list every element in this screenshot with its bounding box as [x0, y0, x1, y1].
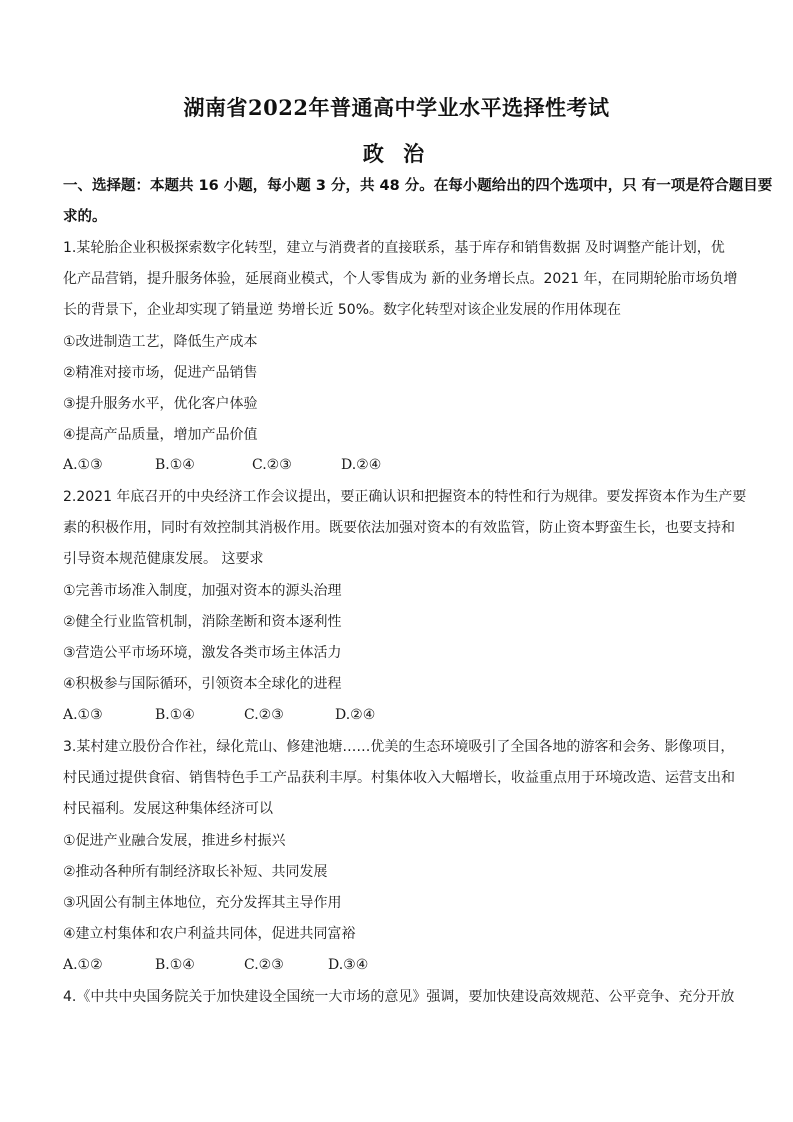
- statement-2: ②健全行业监管机制，消除垄断和资本逐利性: [63, 612, 342, 632]
- option-b: B.①④: [155, 955, 195, 975]
- option-c: C.②③: [252, 455, 292, 475]
- option-c: C.②③: [244, 705, 284, 725]
- statement-1: ①完善市场准入制度，加强对资本的源头治理: [63, 581, 342, 601]
- option-a: A.①③: [63, 455, 103, 475]
- statement-3: ③提升服务水平，优化客户体验: [63, 394, 258, 414]
- question-stem-line: 4.《中共中央国务院关于加快建设全国统一大市场的意见》强调，要加快建设高效规范、…: [63, 987, 734, 1007]
- option-d: D.②④: [335, 705, 375, 725]
- exam-page: 湖南省2022年普通高中学业水平选择性考试 政 治 一、选择题：本题共 16 小…: [0, 0, 793, 1122]
- question-stem-line: 引导资本规范健康发展。 这要求: [63, 549, 263, 569]
- statement-3: ③营造公平市场环境，激发各类市场主体活力: [63, 643, 342, 663]
- statement-1: ①改进制造工艺，降低生产成本: [63, 332, 258, 352]
- statement-2: ②推动各种所有制经济取长补短、共同发展: [63, 862, 328, 882]
- section-header-line-1: 一、选择题：本题共 16 小题，每小题 3 分，共 48 分。在每小题给出的四个…: [63, 176, 772, 196]
- question-stem-line: 1.某轮胎企业积极探索数字化转型，建立与消费者的直接联系，基于库存和销售数据 及…: [63, 238, 725, 258]
- option-b: B.①④: [155, 705, 195, 725]
- option-d: D.②④: [341, 455, 381, 475]
- statement-3: ③巩固公有制主体地位，充分发挥其主导作用: [63, 893, 342, 913]
- option-d: D.③④: [328, 955, 368, 975]
- statement-2: ②精准对接市场，促进产品销售: [63, 363, 258, 383]
- option-a: A.①②: [63, 955, 103, 975]
- question-stem-line: 3.某村建立股份合作社，绿化荒山、修建池塘……优美的生态环境吸引了全国各地的游客…: [63, 737, 734, 757]
- exam-title: 湖南省2022年普通高中学业水平选择性考试: [0, 92, 793, 122]
- question-stem-line: 素的积极作用，同时有效控制其消极作用。既要依法加强对资本的有效监管，防止资本野蛮…: [63, 518, 735, 538]
- option-b: B.①④: [155, 455, 195, 475]
- statement-1: ①促进产业融合发展，推进乡村振兴: [63, 831, 286, 851]
- section-header-line-2: 求的。: [63, 207, 107, 227]
- statement-4: ④提高产品质量，增加产品价值: [63, 425, 258, 445]
- option-a: A.①③: [63, 705, 103, 725]
- question-stem-line: 2.2021 年底召开的中央经济工作会议提出，要正确认识和把握资本的特性和行为规…: [63, 487, 746, 507]
- question-stem-line: 村民通过提供食宿、销售特色手工产品获利丰厚。村集体收入大幅增长，收益重点用于环境…: [63, 768, 735, 788]
- question-stem-line: 化产品营销，提升服务体验，延展商业模式，个人零售成为 新的业务增长点。2021 …: [63, 269, 738, 289]
- option-c: C.②③: [244, 955, 284, 975]
- question-stem-line: 村民福利。发展这种集体经济可以: [63, 799, 273, 819]
- question-stem-line: 长的背景下，企业却实现了销量逆 势增长近 50%。数字化转型对该企业发展的作用体…: [63, 300, 621, 320]
- statement-4: ④积极参与国际循环，引领资本全球化的进程: [63, 674, 342, 694]
- statement-4: ④建立村集体和农户利益共同体，促进共同富裕: [63, 924, 356, 944]
- subject-title: 政 治: [0, 138, 793, 168]
